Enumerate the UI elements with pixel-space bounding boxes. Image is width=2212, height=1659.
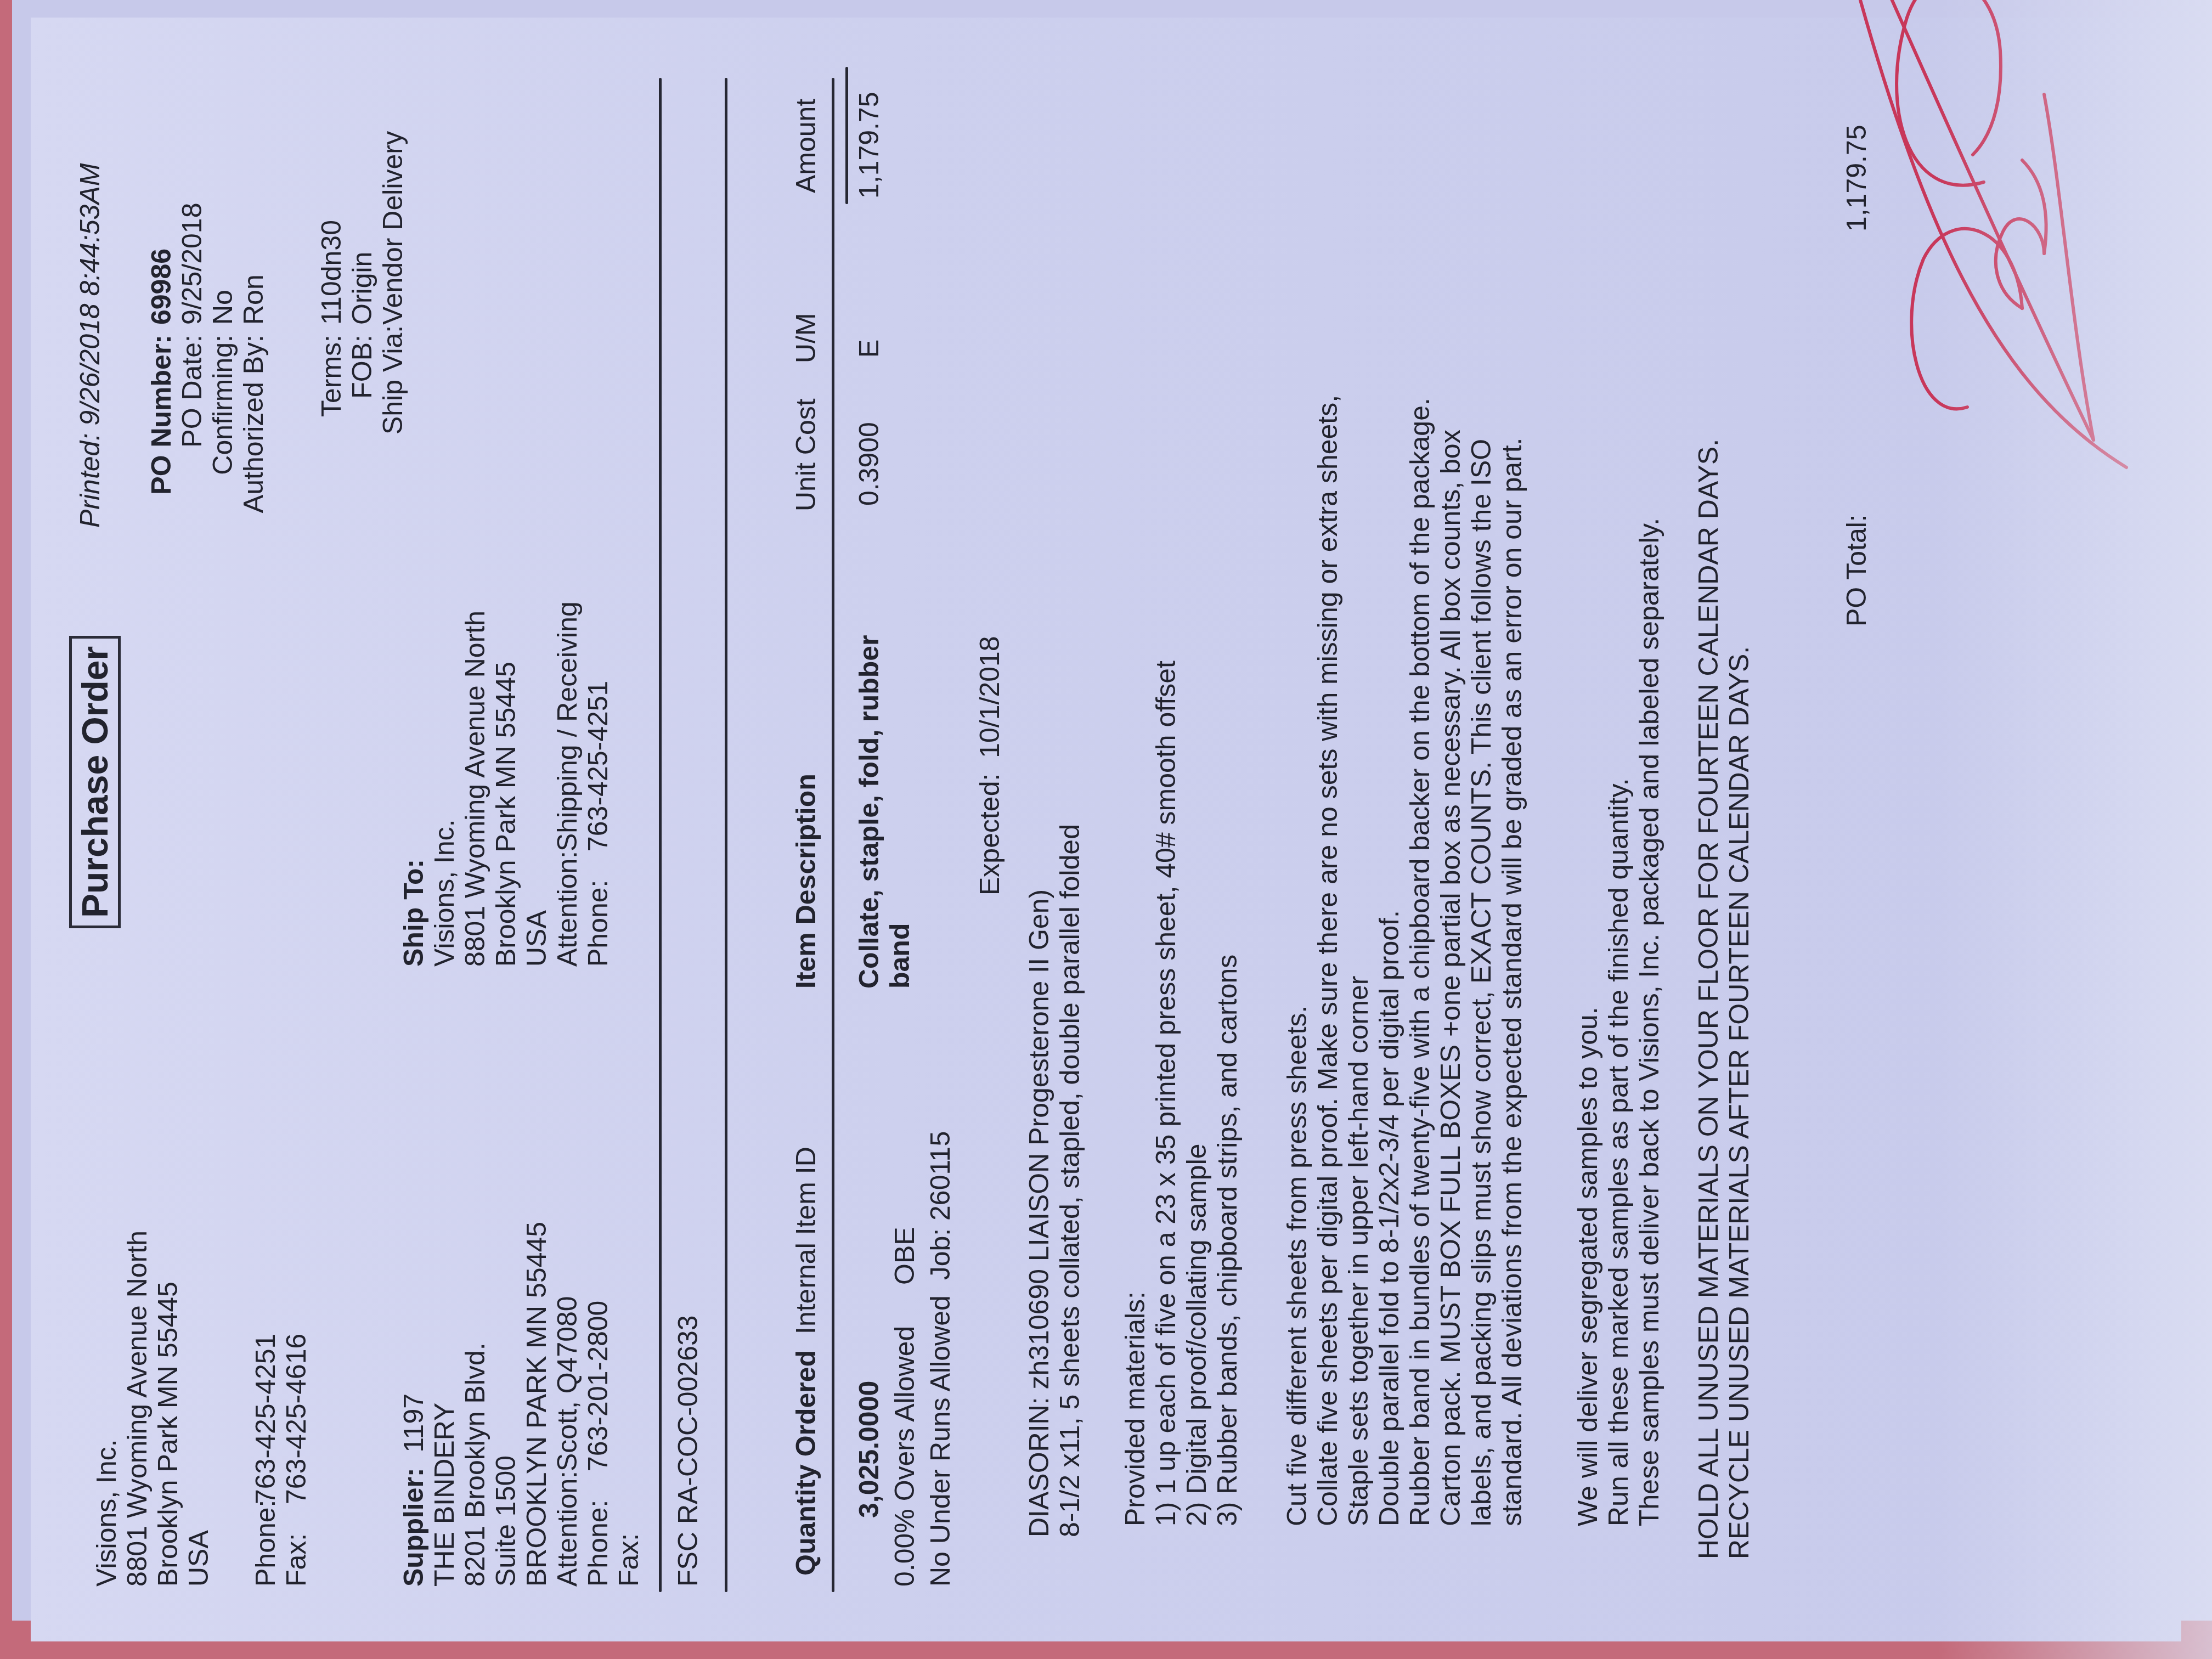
po-total-value: 1,179.75: [1841, 125, 1872, 232]
col-item-description: Item Description: [791, 774, 821, 989]
supplier-phone-label: Phone:: [583, 1471, 613, 1587]
row-quantity: 3,025.0000: [854, 1381, 884, 1518]
ship-to-line: Visions, Inc.: [429, 601, 460, 967]
note-line: HOLD ALL UNUSED MATERIALS ON YOUR FLOOR …: [1693, 78, 1724, 1559]
notes-product: DIASORIN: zh310690 LIAISON Progesterone …: [1024, 56, 1085, 1537]
lighting-gradient: [1938, 0, 2212, 1659]
ship-to-phone-label: Phone:: [583, 851, 613, 967]
supplier-line: 8201 Brooklyn Blvd.: [460, 1222, 490, 1587]
note-line: We will deliver segregated samples to yo…: [1572, 45, 1603, 1526]
confirming-value: No: [207, 290, 238, 325]
note-line: Run all these marked samples as part of …: [1603, 45, 1634, 1526]
ship-to-attention-label: Attention:: [552, 851, 583, 967]
table-header-rule: [832, 78, 834, 1592]
fsc-code: FSC RA-COC-002633: [673, 1315, 703, 1587]
po-info: PO Number:69986 PO Date:9/25/2018 Confir…: [146, 203, 269, 528]
note-line: Collate five sheets per digital proof. M…: [1312, 45, 1343, 1526]
po-number: 69986: [146, 249, 177, 325]
col-unit-cost: Unit Cost: [791, 398, 821, 511]
note-line: 1) 1 up each of five on a 23 x 35 printe…: [1150, 45, 1181, 1526]
ship-to-label: Ship To:: [398, 601, 429, 967]
printed-value: 9/26/2018 8:44:53AM: [75, 163, 105, 426]
amount-rule: [845, 67, 848, 204]
supplier-phone: 763-201-2800: [583, 1301, 613, 1471]
ship-to-line: 8801 Wyoming Avenue North: [460, 601, 490, 967]
supplier-attention: Scott, Q47080: [552, 1296, 583, 1471]
company-address: Visions, Inc. 8801 Wyoming Avenue North …: [91, 1231, 214, 1587]
notes-hold: HOLD ALL UNUSED MATERIALS ON YOUR FLOOR …: [1693, 78, 1754, 1559]
note-line: Staple sets together in upper left-hand …: [1343, 45, 1374, 1526]
note-line: These samples must deliver back to Visio…: [1634, 45, 1664, 1526]
notes-materials: Provided materials: 1) 1 up each of five…: [1120, 45, 1243, 1526]
document-title: Purchase Order: [69, 636, 121, 928]
note-line: Cut five different sheets from press she…: [1282, 45, 1312, 1526]
supplier-line: THE BINDERY: [429, 1222, 460, 1587]
company-phone: 763-425-4251: [250, 1334, 281, 1504]
terms-label: Terms:: [316, 325, 347, 435]
supplier-id: 1197: [398, 1393, 429, 1453]
note-line: Provided materials:: [1120, 45, 1150, 1526]
col-um: U/M: [791, 313, 821, 363]
company-line: 8801 Wyoming Avenue North: [122, 1231, 153, 1587]
ship-via-value: Vendor Delivery: [377, 131, 408, 325]
job-label: Job:: [925, 1228, 956, 1280]
col-internal-item-id: Internal Item ID: [791, 1147, 821, 1334]
ship-via-label: Ship Via:: [377, 325, 408, 435]
expected-label: Expected:: [974, 774, 1005, 895]
ship-to-line: Brooklyn Park MN 55445: [490, 601, 521, 967]
row-unit-cost: 0.3900: [854, 422, 884, 506]
company-fax: 763-425-4616: [281, 1334, 312, 1504]
supplier-line: BROOKLYN PARK MN 55445: [521, 1222, 552, 1587]
note-line: DIASORIN: zh310690 LIAISON Progesterone …: [1024, 56, 1054, 1537]
purchase-order-page: Visions, Inc. 8801 Wyoming Avenue North …: [31, 18, 2181, 1641]
fax-label: Fax:: [281, 1504, 312, 1587]
divider: [659, 78, 662, 1592]
row-under-runs: No Under Runs Allowed Job: 260115: [925, 1131, 956, 1587]
fob-value: Origin: [347, 252, 377, 325]
company-contact: Phone:763-425-4251 Fax:763-425-4616: [250, 1334, 312, 1587]
phone-label: Phone:: [250, 1504, 281, 1587]
notes-samples: We will deliver segregated samples to yo…: [1572, 45, 1664, 1526]
row-um: E: [854, 340, 884, 358]
authorized-label: Authorized By:: [238, 325, 269, 528]
divider: [725, 78, 727, 1592]
terms-value: 110dn30: [316, 220, 347, 325]
company-line: USA: [183, 1231, 214, 1587]
supplier-attention-label: Attention:: [552, 1471, 583, 1587]
note-line: 3) Rubber bands, chipboard strips, and c…: [1212, 45, 1243, 1526]
ship-to-block: Ship To: Visions, Inc. 8801 Wyoming Aven…: [398, 601, 613, 967]
terms-block: Terms:110dn30 FOB:Origin Ship Via:Vendor…: [316, 131, 408, 435]
row-internal-id: OBE: [889, 1227, 920, 1285]
description-line: Collate, staple, fold, rubber: [854, 635, 884, 989]
note-line: labels, and packing slips must show corr…: [1466, 45, 1497, 1526]
confirming-label: Confirming:: [207, 325, 238, 528]
job-number: 260115: [925, 1131, 956, 1221]
row-description: Collate, staple, fold, rubber band: [854, 635, 915, 989]
ship-to-line: USA: [521, 601, 552, 967]
authorized-value: Ron: [238, 274, 269, 325]
under-runs-text: No Under Runs Allowed: [925, 1295, 956, 1587]
supplier-label: Supplier:: [398, 1468, 429, 1587]
notes-instructions: Cut five different sheets from press she…: [1282, 45, 1527, 1526]
ship-to-phone: 763-425-4251: [583, 681, 613, 851]
col-amount: Amount: [791, 99, 821, 193]
printed-timestamp: Printed: 9/26/2018 8:44:53AM: [75, 163, 105, 528]
printed-label: Printed:: [75, 433, 105, 528]
supplier-block: Supplier: 1197 THE BINDERY 8201 Brooklyn…: [398, 1222, 644, 1587]
note-line: Rubber band in bundles of twenty-five wi…: [1404, 45, 1435, 1526]
po-number-label: PO Number:: [146, 325, 177, 528]
note-line: 8-1/2 x11, 5 sheets collated, stapled, d…: [1054, 56, 1085, 1537]
description-line: band: [884, 635, 915, 989]
row-amount: 1,179.75: [854, 92, 884, 199]
supplier-line: Suite 1500: [490, 1222, 521, 1587]
note-line: Carton pack. MUST BOX FULL BOXES +one pa…: [1435, 45, 1466, 1526]
po-total-label: PO Total:: [1841, 514, 1872, 627]
note-line: standard. All deviations from the expect…: [1497, 45, 1527, 1526]
row-expected: Expected: 10/1/2018: [974, 636, 1005, 895]
note-line: Double parallel fold to 8-1/2x2-3/4 per …: [1374, 45, 1404, 1526]
note-line: RECYCLE UNUSED MATERIALS AFTER FOURTEEN …: [1724, 78, 1754, 1559]
col-quantity-ordered: Quantity Ordered: [791, 1350, 821, 1576]
company-line: Brooklyn Park MN 55445: [153, 1231, 183, 1587]
po-date-label: PO Date:: [177, 325, 207, 528]
company-line: Visions, Inc.: [91, 1231, 122, 1587]
expected-date: 10/1/2018: [974, 636, 1005, 758]
note-line: 2) Digital proof/collating sample: [1181, 45, 1212, 1526]
supplier-fax-label: Fax:: [613, 1471, 644, 1587]
po-date: 9/25/2018: [177, 203, 207, 325]
fob-label: FOB:: [347, 325, 377, 435]
ship-to-attention: Shipping / Receiving: [552, 601, 583, 851]
row-overs: 0.00% Overs Allowed: [889, 1326, 920, 1587]
